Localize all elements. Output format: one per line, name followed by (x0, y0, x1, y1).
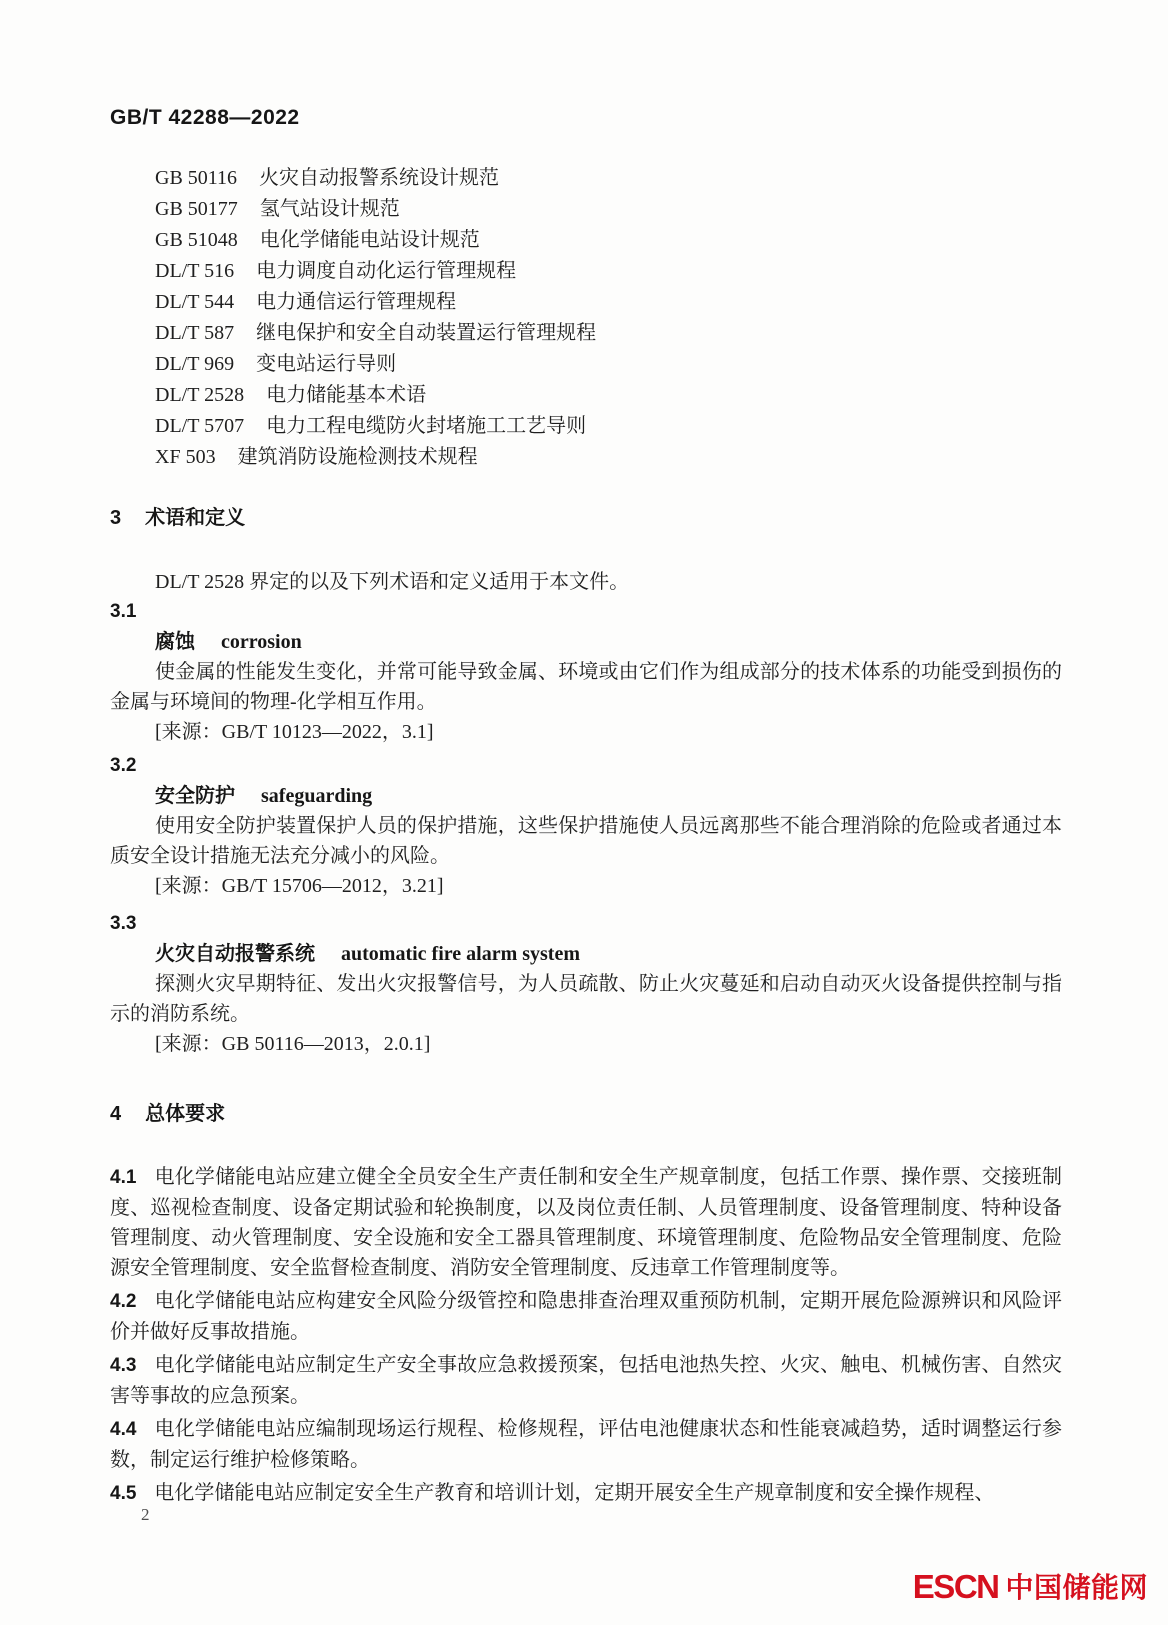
reference-item: GB 50177氢气站设计规范 (110, 194, 1062, 225)
escn-watermark-logo: ESCN中国储能网 (913, 1570, 1148, 1603)
escn-logo-latin: ESCN (913, 1568, 999, 1605)
reference-item: XF 503建筑消防设施检测技术规程 (110, 442, 1062, 473)
term-name: 火灾自动报警系统automatic fire alarm system (110, 939, 1062, 969)
reference-code: DL/T 5707 (155, 415, 244, 437)
clause-number: 4.5 (110, 1483, 136, 1504)
reference-title: 氢气站设计规范 (260, 198, 400, 220)
reference-code: DL/T 2528 (155, 384, 244, 406)
clause-number: 4.3 (110, 1355, 136, 1376)
escn-logo-zh: 中国储能网 (1005, 1572, 1148, 1603)
reference-title: 电力储能基本术语 (266, 384, 426, 406)
term-definition: 使金属的性能发生变化，并常可能导致金属、环境或由它们作为组成部分的技术体系的功能… (110, 657, 1062, 717)
reference-code: GB 50116 (155, 167, 237, 189)
clause-text: 电化学储能电站应编制现场运行规程、检修规程，评估电池健康状态和性能衰减趋势，适时… (110, 1418, 1062, 1471)
references-list: GB 50116火灾自动报警系统设计规范 GB 50177氢气站设计规范 GB … (110, 163, 1062, 473)
term-name-en: safeguarding (261, 785, 372, 807)
reference-code: DL/T 969 (155, 353, 234, 375)
document-page: GB/T 42288—2022 GB 50116火灾自动报警系统设计规范 GB … (0, 0, 1168, 1625)
term-name-zh: 安全防护 (155, 785, 235, 807)
clause-text: 电化学储能电站应构建安全风险分级管控和隐患排查治理双重预防机制，定期开展危险源辨… (110, 1290, 1062, 1343)
reference-item: DL/T 587继电保护和安全自动装置运行管理规程 (110, 318, 1062, 349)
clause-item: 4.2电化学储能电站应构建安全风险分级管控和隐患排查治理双重预防机制，定期开展危… (110, 1286, 1062, 1347)
term-entry: 3.1 腐蚀corrosion 使金属的性能发生变化，并常可能导致金属、环境或由… (110, 597, 1062, 747)
reference-title: 继电保护和安全自动装置运行管理规程 (256, 322, 596, 344)
reference-title: 变电站运行导则 (256, 353, 396, 375)
term-number: 3.2 (110, 751, 1062, 781)
clause-text: 电化学储能电站应建立健全全员安全生产责任制和安全生产规章制度，包括工作票、操作票… (110, 1166, 1062, 1279)
clause-item: 4.4电化学储能电站应编制现场运行规程、检修规程，评估电池健康状态和性能衰减趋势… (110, 1414, 1062, 1475)
term-name-en: automatic fire alarm system (341, 943, 580, 965)
reference-code: DL/T 587 (155, 322, 234, 344)
reference-item: DL/T 5707电力工程电缆防火封堵施工工艺导则 (110, 411, 1062, 442)
reference-item: GB 51048电化学储能电站设计规范 (110, 225, 1062, 256)
term-source: [来源：GB/T 15706—2012，3.21] (110, 871, 1062, 901)
page-number: 2 (141, 1505, 150, 1525)
clause-text: 电化学储能电站应制定生产安全事故应急救援预案，包括电池热失控、火灾、触电、机械伤… (110, 1354, 1062, 1407)
reference-item: DL/T 516电力调度自动化运行管理规程 (110, 256, 1062, 287)
reference-code: GB 50177 (155, 198, 238, 220)
term-source: [来源：GB/T 10123—2022，3.1] (110, 717, 1062, 747)
reference-item: GB 50116火灾自动报警系统设计规范 (110, 163, 1062, 194)
section-title: 总体要求 (145, 1103, 225, 1125)
section-3-heading: 3术语和定义 (110, 503, 1062, 533)
reference-item: DL/T 544电力通信运行管理规程 (110, 287, 1062, 318)
reference-title: 电力通信运行管理规程 (256, 291, 456, 313)
reference-code: DL/T 544 (155, 291, 234, 313)
reference-code: DL/T 516 (155, 260, 234, 282)
clause-item: 4.3电化学储能电站应制定生产安全事故应急救援预案，包括电池热失控、火灾、触电、… (110, 1350, 1062, 1411)
term-name: 安全防护safeguarding (110, 781, 1062, 811)
terms-intro: DL/T 2528 界定的以及下列术语和定义适用于本文件。 (110, 567, 1062, 597)
clause-number: 4.2 (110, 1291, 136, 1312)
reference-item: DL/T 2528电力储能基本术语 (110, 380, 1062, 411)
section-number: 3 (110, 507, 121, 529)
reference-item: DL/T 969变电站运行导则 (110, 349, 1062, 380)
section-title: 术语和定义 (145, 507, 245, 529)
term-definition: 使用安全防护装置保护人员的保护措施，这些保护措施使人员远离那些不能合理消除的危险… (110, 811, 1062, 871)
doc-code: GB/T 42288—2022 (110, 104, 1062, 132)
term-entry: 3.3 火灾自动报警系统automatic fire alarm system … (110, 909, 1062, 1059)
reference-title: 建筑消防设施检测技术规程 (238, 446, 478, 468)
term-name-zh: 火灾自动报警系统 (155, 943, 315, 965)
clause-number: 4.1 (110, 1167, 136, 1188)
reference-title: 电力调度自动化运行管理规程 (256, 260, 516, 282)
section-4-heading: 4总体要求 (110, 1099, 1062, 1129)
term-number: 3.3 (110, 909, 1062, 939)
reference-title: 电力工程电缆防火封堵施工工艺导则 (266, 415, 586, 437)
term-name-en: corrosion (221, 631, 302, 653)
clauses-list: 4.1电化学储能电站应建立健全全员安全生产责任制和安全生产规章制度，包括工作票、… (110, 1162, 1062, 1509)
reference-title: 火灾自动报警系统设计规范 (259, 167, 499, 189)
clause-text: 电化学储能电站应制定安全生产教育和培训计划，定期开展安全生产规章制度和安全操作规… (154, 1482, 994, 1504)
term-number: 3.1 (110, 597, 1062, 627)
term-name: 腐蚀corrosion (110, 627, 1062, 657)
term-source: [来源：GB 50116—2013，2.0.1] (110, 1029, 1062, 1059)
reference-code: GB 51048 (155, 229, 238, 251)
reference-code: XF 503 (155, 446, 216, 468)
term-name-zh: 腐蚀 (155, 631, 195, 653)
clause-number: 4.4 (110, 1419, 136, 1440)
term-entry: 3.2 安全防护safeguarding 使用安全防护装置保护人员的保护措施，这… (110, 751, 1062, 901)
reference-title: 电化学储能电站设计规范 (260, 229, 480, 251)
section-number: 4 (110, 1103, 121, 1125)
clause-item: 4.5电化学储能电站应制定安全生产教育和培训计划，定期开展安全生产规章制度和安全… (110, 1478, 1062, 1509)
terms-list: 3.1 腐蚀corrosion 使金属的性能发生变化，并常可能导致金属、环境或由… (110, 597, 1062, 1059)
term-definition: 探测火灾早期特征、发出火灾报警信号，为人员疏散、防止火灾蔓延和启动自动灭火设备提… (110, 969, 1062, 1029)
clause-item: 4.1电化学储能电站应建立健全全员安全生产责任制和安全生产规章制度，包括工作票、… (110, 1162, 1062, 1283)
